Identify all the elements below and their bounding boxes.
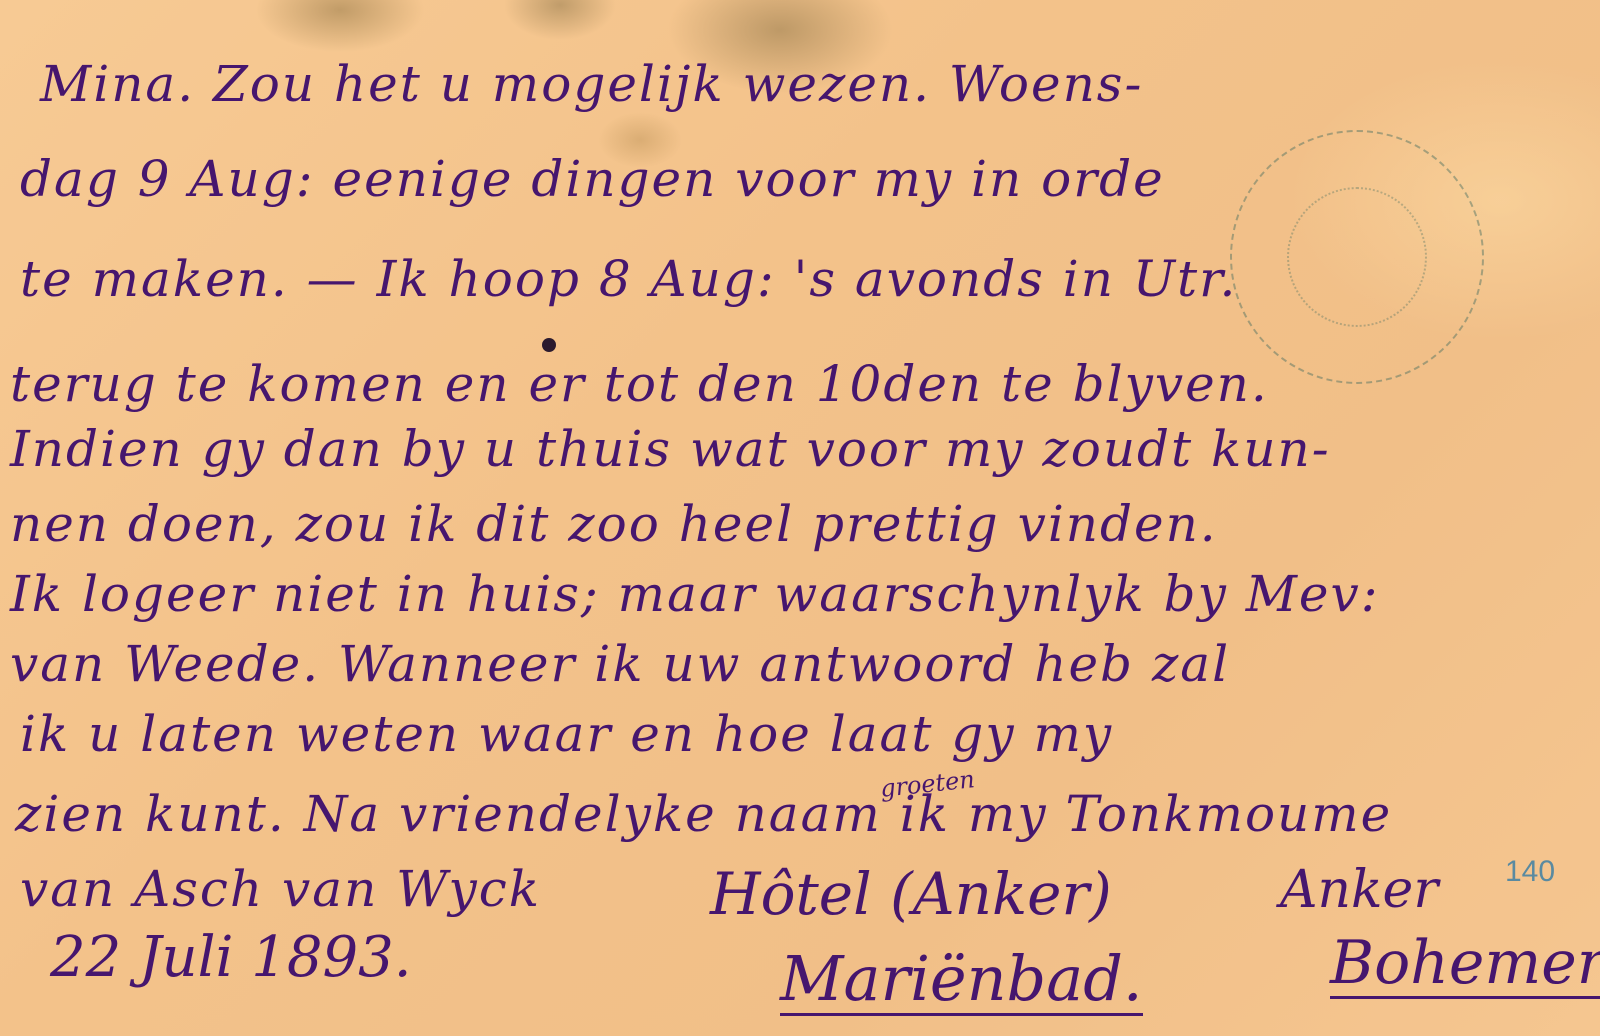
letter-line-1: Mina. Zou het u mogelijk wezen. Woens-: [40, 55, 1600, 113]
letter-line-2: dag 9 Aug: eenige dingen voor my in orde: [20, 150, 1600, 208]
hotel-name-repeat: Anker: [1280, 860, 1438, 920]
archive-number: 140: [1505, 855, 1555, 889]
letter-line-5: Indien gy dan by u thuis wat voor my zou…: [10, 420, 1600, 478]
ink-blot: [542, 338, 556, 352]
letter-line-4: terug te komen en er tot den 10den te bl…: [10, 355, 1600, 413]
letter-line-9: ik u laten weten waar en hoe laat gy my: [20, 705, 1600, 763]
letter-line-3: te maken. — Ik hoop 8 Aug: 's avonds in …: [20, 250, 1600, 308]
letter-line-8: van Weede. Wanneer ik uw antwoord heb za…: [10, 635, 1600, 693]
postcard: Mina. Zou het u mogelijk wezen. Woens- d…: [0, 0, 1600, 1036]
hotel-name: Hôtel (Anker): [710, 860, 1112, 928]
region-name: Bohemen: [1330, 930, 1600, 999]
letter-line-6: nen doen, zou ik dit zoo heel prettig vi…: [10, 495, 1600, 553]
letter-line-7: Ik logeer niet in huis; maar waarschynly…: [10, 565, 1600, 623]
letter-date: 22 Juli 1893.: [50, 925, 412, 990]
city-name: Mariënbad.: [780, 945, 1143, 1016]
letter-line-10: zien kunt. Na vriendelyke naam ik my Ton…: [15, 785, 1600, 843]
